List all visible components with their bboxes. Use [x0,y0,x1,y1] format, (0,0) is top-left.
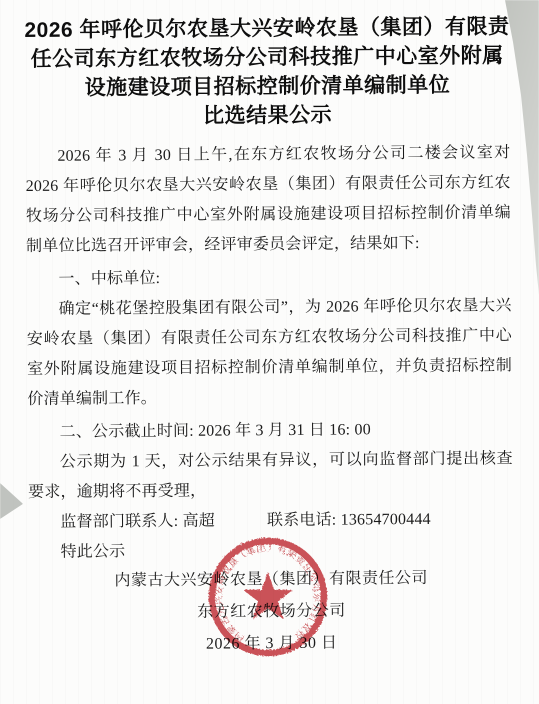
section1-heading: 一、中标单位: [26,261,511,295]
title-line-1: 2026 年呼伦贝尔农垦大兴安岭农垦（集团）有限责 [24,12,509,45]
notice-title: 2026 年呼伦贝尔农垦大兴安岭农垦（集团）有限责 任公司东方红农牧场分公司科技… [24,12,510,132]
scan-left-fold-shadow [0,483,23,519]
contact-phone-value: 13654700444 [341,511,431,529]
scanned-notice-page: 2026 年呼伦贝尔农垦大兴安岭农垦（集团）有限责 任公司东方红农牧场分公司科技… [0,0,539,704]
section1-paragraph: 确定“桃花堡控股集团有限公司”，为 2026 年呼伦贝尔农垦大兴安岭农垦（集团）… [27,291,513,415]
contact-person-label: 监督部门联系人: [60,513,178,531]
notice-body: 2026 年 3 月 30 日上午,在东方红农牧场分公司二楼会议室对 2026 … [25,138,513,568]
section2-heading: 二、公示截止时间: 2026 年 3 月 31 日 16: 00 [27,414,512,448]
contact-person-value: 高超 [182,513,215,530]
intro-paragraph: 2026 年 3 月 30 日上午,在东方红农牧场分公司二楼会议室对 2026 … [25,138,511,262]
title-line-4: 比选结果公示 [25,99,510,132]
title-line-3: 设施建设项目招标控制价清单编制单位 [25,70,510,103]
seal-star-icon [243,572,292,619]
contact-phone-label: 联系电话: [267,512,337,530]
title-line-2: 任公司东方红农牧场分公司科技推广中心室外附属 [25,41,510,74]
contact-line: 监督部门联系人: 高超联系电话: 13654700444 [28,504,513,538]
official-seal: 内蒙古大兴安岭农垦（集团）有限责任公司东方红农牧场分公司 [206,535,330,659]
section2-paragraph: 公示期为 1 天，对公示结果有异议，可以向监督部门提出核查要求，逾期将不再受理， [28,444,513,508]
